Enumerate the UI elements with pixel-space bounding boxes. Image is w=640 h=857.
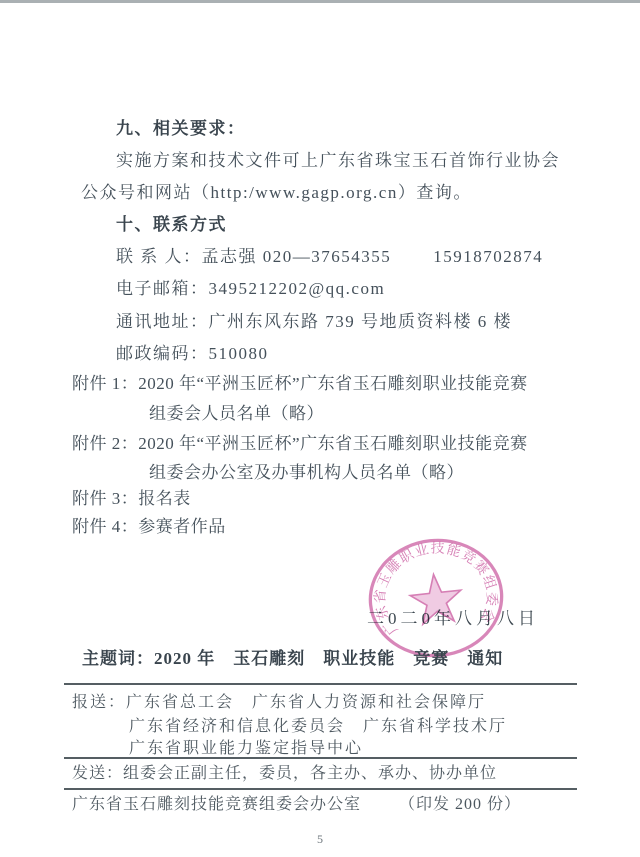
keywords-row: 主题词：2020 年 玉石雕刻 职业技能 竞赛 通知 bbox=[82, 649, 503, 669]
section9-paragraph-line2: 公众号和网站（http:/www.gagp.org.cn）查询。 bbox=[81, 183, 472, 203]
contact-person-row: 联 系 人：孟志强 020—3765435515918702874 bbox=[116, 247, 543, 267]
postal-code-row: 邮政编码：510080 bbox=[116, 344, 269, 364]
email-value: 3495212202@qq.com bbox=[209, 279, 386, 298]
address-label: 通讯地址： bbox=[116, 312, 209, 331]
contact-person-label: 联 系 人： bbox=[116, 247, 202, 266]
attachment-2-title: 2020 年“平洲玉匠杯”广东省玉石雕刻职业技能竞赛 bbox=[138, 434, 527, 453]
postal-value: 510080 bbox=[209, 344, 269, 363]
document-page: 九、相关要求： 实施方案和技术文件可上广东省珠宝玉石首饰行业协会 公众号和网站（… bbox=[0, 0, 640, 857]
email-label: 电子邮箱： bbox=[116, 279, 209, 298]
divider-rule-3 bbox=[64, 788, 577, 790]
attachment-3-label: 附件 3： bbox=[72, 489, 138, 508]
postal-label: 邮政编码： bbox=[116, 344, 209, 363]
keywords-value: 2020 年 玉石雕刻 职业技能 竞赛 通知 bbox=[154, 649, 503, 668]
attachment-1-line2: 组委会人员名单（略） bbox=[149, 404, 324, 424]
photo-top-edge bbox=[0, 0, 640, 3]
send-to-row: 发送：组委会正副主任，委员，各主办、承办、协办单位 bbox=[72, 764, 497, 783]
address-value: 广州东风东路 739 号地质资料楼 6 楼 bbox=[209, 312, 513, 331]
section9-paragraph-line1: 实施方案和技术文件可上广东省珠宝玉石首饰行业协会 bbox=[116, 151, 560, 171]
attachment-1-label: 附件 1： bbox=[72, 374, 138, 393]
attachment-2-line2: 组委会办公室及办事机构人员名单（略） bbox=[149, 463, 464, 483]
attachment-2-line1: 附件 2：2020 年“平洲玉匠杯”广东省玉石雕刻职业技能竞赛 bbox=[72, 434, 528, 454]
address-row: 通讯地址：广州东风东路 739 号地质资料楼 6 楼 bbox=[116, 312, 512, 332]
copy-to-line1: 广东省总工会 广东省人力资源和社会保障厅 bbox=[126, 694, 486, 711]
divider-rule-2 bbox=[64, 757, 577, 759]
attachment-4-line: 附件 4：参赛者作品 bbox=[72, 517, 226, 537]
copy-to-row2: 广东省经济和信息化委员会 广东省科学技术厅 bbox=[129, 717, 507, 736]
section10-heading: 十、联系方式 bbox=[116, 215, 227, 235]
copy-to-row1: 报送：广东省总工会 广东省人力资源和社会保障厅 bbox=[72, 693, 486, 712]
email-row: 电子邮箱：3495212202@qq.com bbox=[116, 279, 385, 299]
issuer-row: 广东省玉石雕刻技能竞赛组委会办公室（印发 200 份） bbox=[72, 795, 521, 814]
copy-to-label: 报送： bbox=[72, 694, 126, 711]
page-number: 5 bbox=[0, 832, 640, 847]
contact-person-value: 孟志强 020—37654355 bbox=[202, 247, 392, 266]
attachment-2-label: 附件 2： bbox=[72, 434, 138, 453]
divider-rule-1 bbox=[64, 683, 577, 685]
copy-to-row3: 广东省职业能力鉴定指导中心 bbox=[129, 739, 363, 758]
keywords-label: 主题词： bbox=[82, 649, 154, 668]
issuer-office: 广东省玉石雕刻技能竞赛组委会办公室 bbox=[72, 796, 361, 813]
attachment-4-title: 参赛者作品 bbox=[138, 517, 226, 536]
section9-heading: 九、相关要求： bbox=[116, 119, 246, 139]
seal-star-icon bbox=[408, 572, 464, 625]
attachment-1-line1: 附件 1：2020 年“平洲玉匠杯”广东省玉石雕刻职业技能竞赛 bbox=[72, 374, 528, 394]
attachment-3-title: 报名表 bbox=[138, 489, 191, 508]
send-to-label: 发送： bbox=[72, 765, 123, 782]
contact-phone2: 15918702874 bbox=[433, 247, 543, 266]
send-to-value: 组委会正副主任，委员，各主办、承办、协办单位 bbox=[123, 765, 497, 782]
print-run: （印发 200 份） bbox=[399, 796, 521, 813]
attachment-4-label: 附件 4： bbox=[72, 517, 138, 536]
attachment-3-line: 附件 3：报名表 bbox=[72, 489, 191, 509]
attachment-1-title: 2020 年“平洲玉匠杯”广东省玉石雕刻职业技能竞赛 bbox=[138, 374, 527, 393]
